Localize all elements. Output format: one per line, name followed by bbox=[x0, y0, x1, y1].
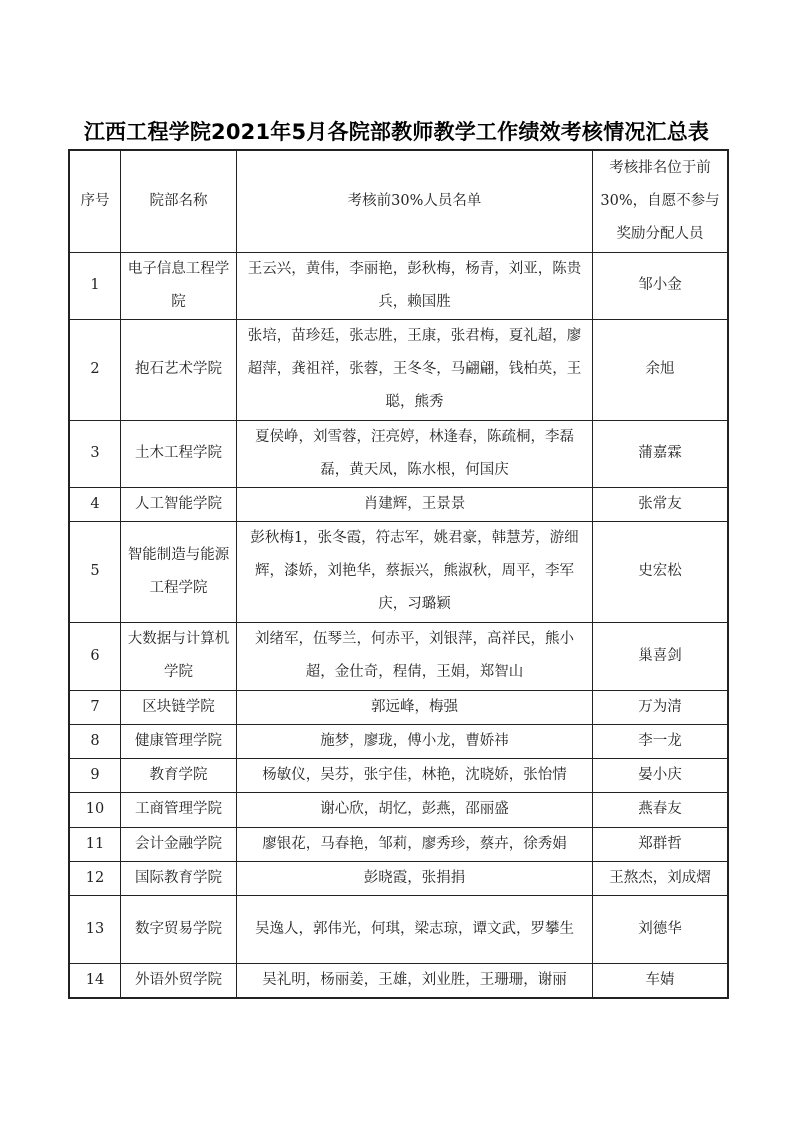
row-department: 智能制造与能源工程学院 bbox=[121, 521, 237, 622]
row-index: 3 bbox=[69, 420, 121, 487]
row-opt-out: 邹小金 bbox=[593, 252, 729, 319]
header-top30-list: 考核前30%人员名单 bbox=[237, 150, 593, 252]
table-row: 7区块链学院郭远峰，梅强万为清 bbox=[69, 690, 728, 724]
row-opt-out: 李一龙 bbox=[593, 724, 729, 758]
row-opt-out: 巢喜剑 bbox=[593, 622, 729, 690]
performance-summary-table: 序号 院部名称 考核前30%人员名单 考核排名位于前30%，自愿不参与奖励分配人… bbox=[68, 149, 729, 999]
row-index: 7 bbox=[69, 690, 121, 724]
row-top30-list: 杨敏仪，吴芬，张宇佳，林艳，沈晓娇，张怡情 bbox=[237, 758, 593, 792]
row-top30-list: 夏侯峥，刘雪蓉，汪亮婷，林逢春，陈疏桐，李磊磊，黄天凤，陈水根，何国庆 bbox=[237, 420, 593, 487]
table-row: 12国际教育学院彭晓霞，张捐捐王熬杰，刘成熠 bbox=[69, 861, 728, 895]
header-index: 序号 bbox=[69, 150, 121, 252]
row-top30-list: 肖建辉，王景景 bbox=[237, 487, 593, 521]
row-index: 1 bbox=[69, 252, 121, 319]
row-department: 国际教育学院 bbox=[121, 861, 237, 895]
table-row: 8健康管理学院施梦，廖珑，傅小龙，曹娇祎李一龙 bbox=[69, 724, 728, 758]
row-department: 健康管理学院 bbox=[121, 724, 237, 758]
row-opt-out: 余旭 bbox=[593, 319, 729, 420]
row-department: 数字贸易学院 bbox=[121, 895, 237, 963]
table-row: 4人工智能学院肖建辉，王景景张常友 bbox=[69, 487, 728, 521]
row-top30-list: 施梦，廖珑，傅小龙，曹娇祎 bbox=[237, 724, 593, 758]
row-index: 8 bbox=[69, 724, 121, 758]
row-index: 11 bbox=[69, 827, 121, 861]
row-top30-list: 彭晓霞，张捐捐 bbox=[237, 861, 593, 895]
row-department: 区块链学院 bbox=[121, 690, 237, 724]
row-index: 12 bbox=[69, 861, 121, 895]
row-index: 2 bbox=[69, 319, 121, 420]
row-top30-list: 吴礼明，杨丽姜，王雄，刘业胜，王珊珊，谢丽 bbox=[237, 963, 593, 998]
row-top30-list: 王云兴，黄伟，李丽艳，彭秋梅，杨青，刘亚，陈贵兵，赖国胜 bbox=[237, 252, 593, 319]
row-index: 4 bbox=[69, 487, 121, 521]
row-index: 5 bbox=[69, 521, 121, 622]
table-row: 3土木工程学院夏侯峥，刘雪蓉，汪亮婷，林逢春，陈疏桐，李磊磊，黄天凤，陈水根，何… bbox=[69, 420, 728, 487]
row-top30-list: 刘绪军，伍琴兰，何赤平，刘银萍，高祥民，熊小超，金仕奇，程倩，王娟，郑智山 bbox=[237, 622, 593, 690]
row-index: 10 bbox=[69, 792, 121, 827]
row-department: 土木工程学院 bbox=[121, 420, 237, 487]
table-row: 14外语外贸学院吴礼明，杨丽姜，王雄，刘业胜，王珊珊，谢丽车婧 bbox=[69, 963, 728, 998]
row-top30-list: 廖银花，马春艳，邹莉，廖秀珍，蔡卉，徐秀娟 bbox=[237, 827, 593, 861]
row-index: 14 bbox=[69, 963, 121, 998]
table-row: 1电子信息工程学院王云兴，黄伟，李丽艳，彭秋梅，杨青，刘亚，陈贵兵，赖国胜邹小金 bbox=[69, 252, 728, 319]
table-row: 13数字贸易学院吴逸人，郭伟光，何琪，梁志琼，谭文武，罗攀生刘德华 bbox=[69, 895, 728, 963]
row-department: 教育学院 bbox=[121, 758, 237, 792]
table-row: 5智能制造与能源工程学院彭秋梅1，张冬霞，符志军，姚君豪，韩慧芳，游细辉，漆娇，… bbox=[69, 521, 728, 622]
table-row: 6大数据与计算机学院刘绪军，伍琴兰，何赤平，刘银萍，高祥民，熊小超，金仕奇，程倩… bbox=[69, 622, 728, 690]
table-row: 11会计金融学院廖银花，马春艳，邹莉，廖秀珍，蔡卉，徐秀娟郑群哲 bbox=[69, 827, 728, 861]
table-row: 10工商管理学院谢心欣，胡忆，彭燕，邵丽盛燕春友 bbox=[69, 792, 728, 827]
row-opt-out: 晏小庆 bbox=[593, 758, 729, 792]
row-opt-out: 蒲嘉霖 bbox=[593, 420, 729, 487]
row-opt-out: 万为清 bbox=[593, 690, 729, 724]
row-department: 人工智能学院 bbox=[121, 487, 237, 521]
row-department: 会计金融学院 bbox=[121, 827, 237, 861]
row-opt-out: 张常友 bbox=[593, 487, 729, 521]
row-department: 电子信息工程学院 bbox=[121, 252, 237, 319]
row-index: 9 bbox=[69, 758, 121, 792]
row-top30-list: 吴逸人，郭伟光，何琪，梁志琼，谭文武，罗攀生 bbox=[237, 895, 593, 963]
table-row: 9教育学院杨敏仪，吴芬，张宇佳，林艳，沈晓娇，张怡情晏小庆 bbox=[69, 758, 728, 792]
table-header-row: 序号 院部名称 考核前30%人员名单 考核排名位于前30%，自愿不参与奖励分配人… bbox=[69, 150, 728, 252]
row-opt-out: 车婧 bbox=[593, 963, 729, 998]
row-top30-list: 谢心欣，胡忆，彭燕，邵丽盛 bbox=[237, 792, 593, 827]
row-opt-out: 郑群哲 bbox=[593, 827, 729, 861]
row-top30-list: 郭远峰，梅强 bbox=[237, 690, 593, 724]
row-department: 工商管理学院 bbox=[121, 792, 237, 827]
row-opt-out: 燕春友 bbox=[593, 792, 729, 827]
document-title: 江西工程学院2021年5月各院部教师教学工作绩效考核情况汇总表 bbox=[0, 116, 793, 146]
row-opt-out: 史宏松 bbox=[593, 521, 729, 622]
row-top30-list: 张培，苗珍廷，张志胜，王康，张君梅，夏礼超，廖超萍，龚祖祥，张蓉，王冬冬，马翩翩… bbox=[237, 319, 593, 420]
row-opt-out: 刘德华 bbox=[593, 895, 729, 963]
table-row: 2抱石艺术学院张培，苗珍廷，张志胜，王康，张君梅，夏礼超，廖超萍，龚祖祥，张蓉，… bbox=[69, 319, 728, 420]
row-top30-list: 彭秋梅1，张冬霞，符志军，姚君豪，韩慧芳，游细辉，漆娇，刘艳华，蔡振兴，熊淑秋，… bbox=[237, 521, 593, 622]
row-index: 13 bbox=[69, 895, 121, 963]
row-department: 抱石艺术学院 bbox=[121, 319, 237, 420]
header-opt-out: 考核排名位于前30%，自愿不参与奖励分配人员 bbox=[593, 150, 729, 252]
row-opt-out: 王熬杰，刘成熠 bbox=[593, 861, 729, 895]
row-index: 6 bbox=[69, 622, 121, 690]
header-department: 院部名称 bbox=[121, 150, 237, 252]
row-department: 外语外贸学院 bbox=[121, 963, 237, 998]
row-department: 大数据与计算机学院 bbox=[121, 622, 237, 690]
